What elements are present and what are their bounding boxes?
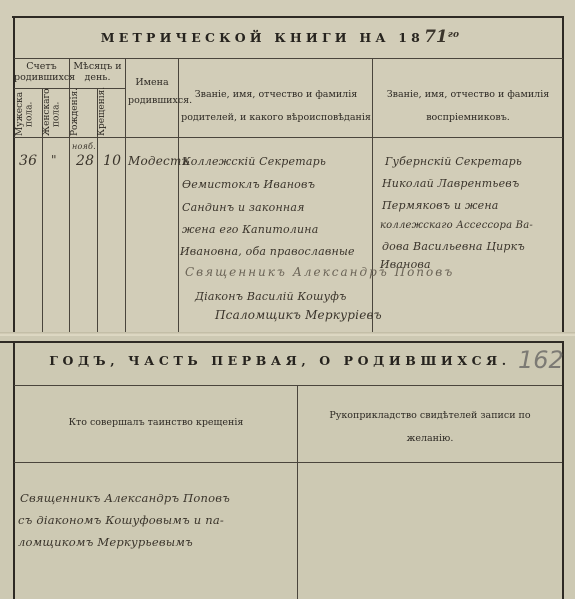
title-text: МЕТРИЧЕСКОЙ КНИГИ НА 18 <box>101 30 424 45</box>
performed-by-line: Священникъ Александръ Поповъ <box>20 491 230 505</box>
parents-line: Коллежскiй Секретарь <box>182 155 326 168</box>
frame-top <box>12 16 563 18</box>
parents-line: жена его Капитолина <box>182 223 319 236</box>
register-part-title: ГОДЪ, ЧАСТЬ ПЕРВАЯ, О РОДИВШИХСЯ. <box>40 354 520 368</box>
entry-name: Модестъ <box>128 154 190 168</box>
godparents-line: Губернскiй Секретарь <box>385 155 522 168</box>
signature-psalmist: Псаломщикъ Меркурiевъ <box>215 308 382 322</box>
frame-left <box>13 341 15 599</box>
godparents-line: Николай Лаврентьевъ <box>382 177 519 190</box>
header-count-group: Счетъ родившихся <box>14 62 69 84</box>
header-baptism: Крещенія. <box>98 92 124 136</box>
header-names: Имена родившихся. <box>128 74 176 110</box>
frame-top <box>0 341 563 343</box>
godparents-line: коллежскаго Ассессора Ва- <box>380 220 533 231</box>
year-superscript: го <box>448 30 459 40</box>
entry-count-female: " <box>51 153 57 167</box>
header-birth: Рожденія. <box>71 92 97 136</box>
godparents-line: дова Васильевна Циркъ <box>382 240 525 253</box>
signature-priest: Священникъ Александръ Поповъ <box>185 265 454 279</box>
header-count-female: Женскаго пола. <box>43 92 69 136</box>
header-witnesses: Рукоприкладство свидѣтелей записи по жел… <box>320 405 540 451</box>
entry-birth-day: 28 <box>76 153 94 169</box>
entry-baptism-day: 10 <box>103 153 121 169</box>
header-performed-by: Кто совершалъ таинство крещенія <box>16 418 296 429</box>
lower-register-page: ГОДЪ, ЧАСТЬ ПЕРВАЯ, О РОДИВШИХСЯ. 162 Кт… <box>0 336 575 599</box>
parents-line: Өемистоклъ Ивановъ <box>182 178 315 191</box>
frame-right <box>562 16 564 332</box>
godparents-line: Пермяковъ и жена <box>382 199 499 212</box>
register-title: МЕТРИЧЕСКОЙ КНИГИ НА 1871го <box>90 28 470 48</box>
parents-line: Сандинъ и законная <box>182 201 305 214</box>
entry-count-male: 36 <box>19 153 37 169</box>
upper-register-page: МЕТРИЧЕСКОЙ КНИГИ НА 1871го Счетъ родивш… <box>0 0 575 336</box>
parents-line: Ивановна, оба православные <box>180 245 355 258</box>
entry-witnesses <box>300 466 560 596</box>
header-count-male: Мужеска пола. <box>16 92 42 136</box>
entry-month: нояб. <box>72 142 96 151</box>
page-number: 162 <box>518 346 564 374</box>
header-godparents: Званіе, имя, отчество и фамилія воспріем… <box>374 84 562 130</box>
year-handwritten: 71 <box>424 27 448 47</box>
performed-by-line: съ дiакономъ Кошуфовымъ и па- <box>18 513 224 527</box>
performed-by-line: ломщикомъ Меркурьевымъ <box>18 535 193 549</box>
header-parents: Званіе, имя, отчество и фамилія родителе… <box>180 84 372 130</box>
header-month-day-group: Мѣсяцъ и день. <box>70 62 125 84</box>
frame-right <box>562 341 564 599</box>
signature-deacon: Дiаконъ Василiй Кошуфъ <box>195 290 347 303</box>
